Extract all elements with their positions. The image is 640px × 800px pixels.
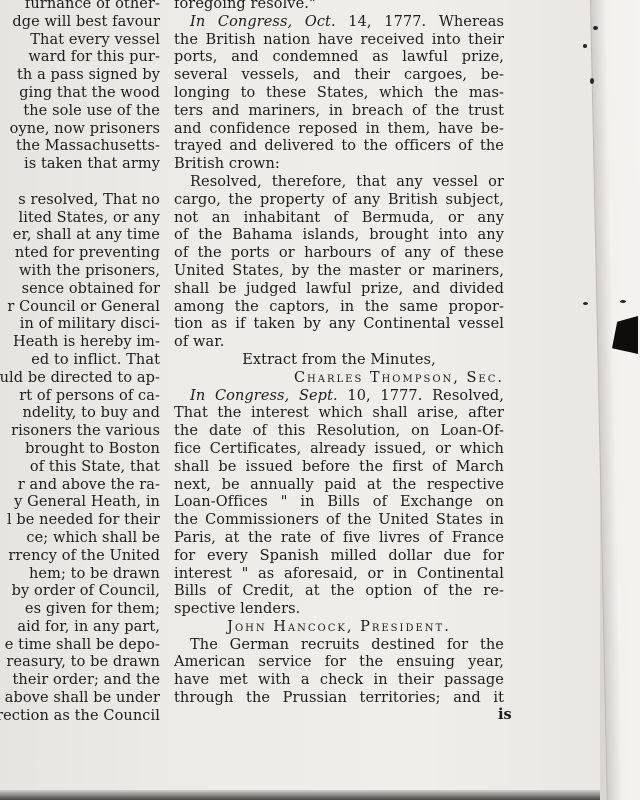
text-line: fice Certificates, already issued, or wh… [174, 441, 504, 459]
text-line: e time shall be depo- [0, 637, 160, 655]
text-line: es given for them; [0, 601, 160, 619]
text-line: British crown: [174, 156, 504, 174]
text-line: with the prisoners, [0, 263, 160, 281]
text-line: y General Heath, in [0, 494, 160, 512]
text-line: oyne, now prisoners [0, 121, 160, 139]
text-line: ward for this pur- [0, 49, 160, 67]
text-line: next, be annually paid at the respective [174, 477, 504, 495]
text-line: of this State, that [0, 459, 160, 477]
text-line: Paris, at the rate of five livres of Fra… [174, 530, 504, 548]
text-line: the date of this Resolution, on Loan-Of- [174, 423, 504, 441]
ink-speck [583, 302, 588, 305]
text-line: of the Bahama islands, brought into any [174, 227, 504, 245]
text-line: the Massachusetts- [0, 138, 160, 156]
text-line: their order; and the [0, 672, 160, 690]
text-line: United States, by the master or mariners… [174, 263, 504, 281]
catchword: is [498, 706, 512, 723]
text-line: foregoing resolve." [174, 0, 504, 14]
text-line: Charles Thompson, Sec. [174, 370, 504, 388]
text-line: hem; to be drawn [0, 566, 160, 584]
text-line: Resolved, therefore, that any vessel or [174, 174, 504, 192]
ink-speck [620, 300, 626, 303]
text-line: among the captors, in the same propor- [174, 299, 504, 317]
left-column-text: furnance of other-dge will best favourTh… [0, 0, 160, 726]
ink-speck [590, 78, 594, 84]
text-line: rrency of the United [0, 548, 160, 566]
text-line: cargo, the property of any British subje… [174, 192, 504, 210]
text-line: shall be issued before the first of Marc… [174, 459, 504, 477]
text-line: longing to these States, which the mas- [174, 85, 504, 103]
text-line: the sole use of the [0, 103, 160, 121]
text-line: and confidence reposed in them, have be- [174, 121, 504, 139]
text-line: reasury, to be drawn [0, 654, 160, 672]
text-line: brought to Boston [0, 441, 160, 459]
text-line: in of military disci- [0, 316, 160, 334]
text-line: is taken that army [0, 156, 160, 174]
text-line: ters and mariners, in breach of the trus… [174, 103, 504, 121]
text-line: lited States, or any [0, 210, 160, 228]
text-line: furnance of other- [0, 0, 160, 14]
text-line: for every Spanish milled dollar due for [174, 548, 504, 566]
text-line: of war. [174, 334, 504, 352]
text-line: ports, and condemned as lawful prize, [174, 49, 504, 67]
text-line: risoners the various [0, 423, 160, 441]
text-line: r and above the ra- [0, 477, 160, 495]
text-line: spective lenders. [174, 601, 504, 619]
text-line: ging that the wood [0, 85, 160, 103]
text-line: ce; which shall be [0, 530, 160, 548]
text-line: That every vessel [0, 32, 160, 50]
text-line: In Congress, Sept. 10, 1777. Resolved, [174, 388, 504, 406]
text-line: of the ports or harbours of any of these [174, 245, 504, 263]
text-line: rection as the Council [0, 708, 160, 726]
text-line: th a pass signed by [0, 67, 160, 85]
text-line: by order of Council, [0, 583, 160, 601]
text-line: The German recruits destined for the [174, 637, 504, 655]
text-line [0, 174, 160, 192]
text-line: interest " as aforesaid, or in Continent… [174, 566, 504, 584]
text-line: l be needed for their [0, 512, 160, 530]
middle-column-text: foregoing resolve."In Congress, Oct. 14,… [174, 0, 504, 708]
text-line: ndelity, to buy and [0, 405, 160, 423]
text-line: trayed and delivered to the officers of … [174, 138, 504, 156]
text-line: er, shall at any time [0, 227, 160, 245]
text-line: uld be directed to ap- [0, 370, 160, 388]
text-line: several vessels, and their cargoes, be- [174, 67, 504, 85]
text-line: aid for, in any part, [0, 619, 160, 637]
ink-speck [583, 44, 587, 48]
text-line: rt of persons of ca- [0, 388, 160, 406]
text-line: through the Prussian territories; and it [174, 690, 504, 708]
text-line: John Hancock, President. [174, 619, 504, 637]
text-line: Loan-Offices " in Bills of Exchange on [174, 494, 504, 512]
text-line: not an inhabitant of Bermuda, or any [174, 210, 504, 228]
text-line: have met with a check in their passage [174, 672, 504, 690]
text-line: shall be judged lawful prize, and divide… [174, 281, 504, 299]
text-line: r Council or General [0, 299, 160, 317]
text-line: above shall be under [0, 690, 160, 708]
text-line: In Congress, Oct. 14, 1777. Whereas [174, 14, 504, 32]
text-line: dge will best favour [0, 14, 160, 32]
text-line: nted for preventing [0, 245, 160, 263]
newspaper-page: furnance of other-dge will best favourTh… [0, 0, 600, 800]
text-line: Heath is hereby im- [0, 334, 160, 352]
ink-speck [593, 26, 598, 30]
text-line: the Commissioners of the United States i… [174, 512, 504, 530]
text-line: sence obtained for [0, 281, 160, 299]
text-line: ed to inflict. That [0, 352, 160, 370]
text-line: That the interest which shall arise, aft… [174, 405, 504, 423]
text-line: American service for the ensuing year, [174, 654, 504, 672]
text-line: s resolved, That no [0, 192, 160, 210]
text-line: Bills of Credit, at the option of the re… [174, 583, 504, 601]
text-line: the British nation have received into th… [174, 32, 504, 50]
text-line: tion as if taken by any Continental vess… [174, 316, 504, 334]
text-line: Extract from the Minutes, [174, 352, 504, 370]
